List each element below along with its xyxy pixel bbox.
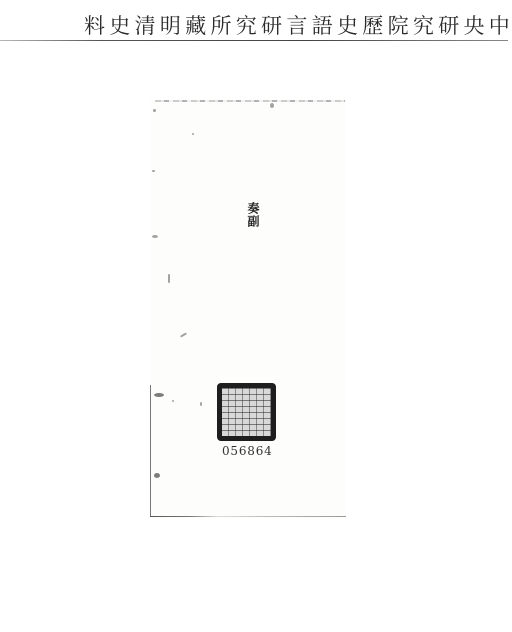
scan-speck [192, 133, 194, 135]
document-title: 奏副 [246, 202, 260, 228]
scan-speck [180, 332, 187, 337]
scan-speck [154, 473, 160, 478]
scan-speck [172, 400, 174, 402]
page-bottom-edge [150, 516, 346, 517]
scan-speck [153, 109, 156, 112]
page-header: 料史清明藏所究研言語史歷院究研央中 [0, 0, 512, 44]
collection-title: 料史清明藏所究研言語史歷院究研央中 [84, 14, 512, 38]
scan-speck [270, 103, 274, 108]
scan-speck [152, 170, 155, 172]
scan-speck [168, 274, 170, 283]
archive-seal-icon [217, 383, 276, 441]
page-left-edge [150, 385, 151, 517]
scanned-document-page: 奏副 056864 [150, 100, 346, 518]
scan-speck [200, 402, 202, 406]
seal-pattern [222, 388, 271, 436]
scan-speck [152, 235, 158, 238]
header-divider [0, 40, 508, 41]
page-top-edge [155, 100, 345, 102]
scan-speck [154, 393, 164, 397]
archive-number: 056864 [222, 444, 273, 458]
